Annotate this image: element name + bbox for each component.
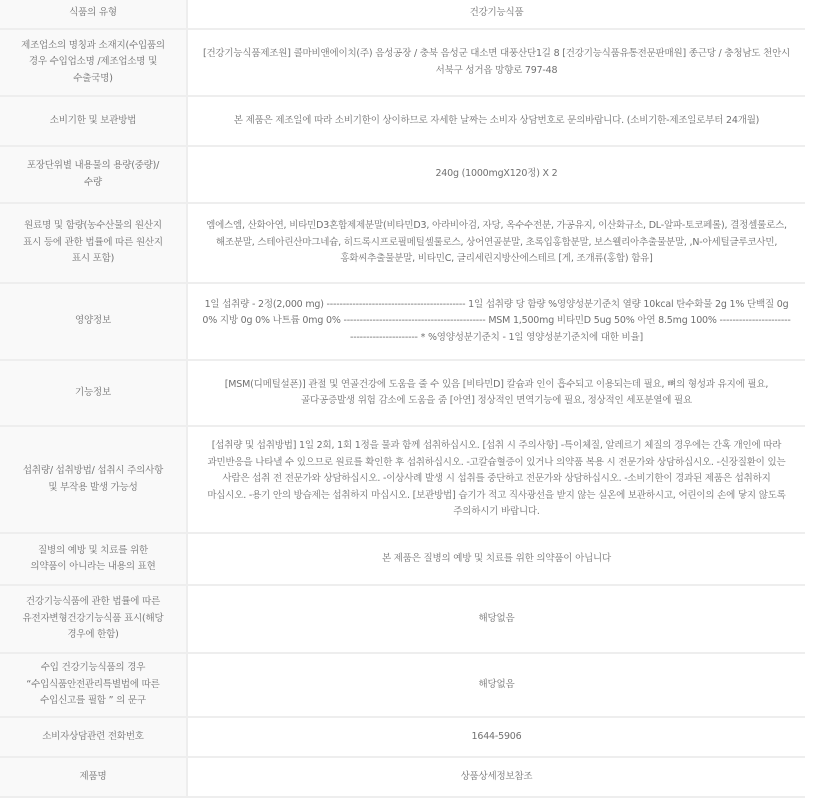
table-row-nutrition: 영양정보 1일 섭취량 - 2정(2,000 mg) -------------… [0, 283, 805, 360]
table-row-package-quantity: 포장단위별 내용물의 용량(중량)/수량 240g (1000mgX120정) … [0, 146, 805, 203]
row-label: 식품의 유형 [0, 0, 187, 29]
row-label: 기능정보 [0, 360, 187, 426]
table-row-expiry-storage: 소비기한 및 보관방법 본 제품은 제조일에 따라 소비기한이 상이하므로 자세… [0, 96, 805, 146]
table-row-function: 기능정보 [MSM(디메틸설폰)] 관절 및 연골건강에 도움을 줄 수 있음 … [0, 360, 805, 426]
table-row-product-name: 제품명 상품상세정보참조 [0, 757, 805, 796]
table-row-not-medicine: 질병의 예방 및 치료를 위한 의약품이 아니라는 내용의 표현 본 제품은 질… [0, 533, 805, 585]
row-label: 원료명 및 함량(농수산물의 원산지 표시 등에 관한 법률에 따른 원산지 표… [0, 203, 187, 283]
row-label: 소비자상담관련 전화번호 [0, 717, 187, 757]
row-label: 영양정보 [0, 283, 187, 360]
row-value: 건강기능식품 [187, 0, 805, 29]
row-label: 섭취량/ 섭취방법/ 섭취시 주의사항 및 부작용 발생 가능성 [0, 426, 187, 533]
row-value: 해당없음 [187, 585, 805, 653]
table-row-import-notice: 수입 건강기능식품의 경우 “수입식품안전관리특별법에 따른 수입신고를 필함 … [0, 653, 805, 717]
table-row-gmo: 건강기능식품에 관한 법률에 따른 유전자변형건강기능식품 표시(해당 경우에 … [0, 585, 805, 653]
row-value: 1644-5906 [187, 717, 805, 757]
row-value: [건강기능식품제조원] 콜마비앤에이치(주) 음성공장 / 충북 음성군 대소면… [187, 29, 805, 96]
row-value: 해당없음 [187, 653, 805, 717]
row-value: 본 제품은 질병의 예방 및 치료를 위한 의약품이 아닙니다 [187, 533, 805, 585]
row-label: 제품명 [0, 757, 187, 796]
row-value: [섭취량 및 섭취방법] 1일 2회, 1회 1정을 물과 함께 섭취하십시오.… [187, 426, 805, 533]
row-label: 포장단위별 내용물의 용량(중량)/수량 [0, 146, 187, 203]
table-row-consumer-phone: 소비자상담관련 전화번호 1644-5906 [0, 717, 805, 757]
row-label: 질병의 예방 및 치료를 위한 의약품이 아니라는 내용의 표현 [0, 533, 187, 585]
row-value: 본 제품은 제조일에 따라 소비기한이 상이하므로 자세한 날짜는 소비자 상담… [187, 96, 805, 146]
row-value: 1일 섭취량 - 2정(2,000 mg) ------------------… [187, 283, 805, 360]
product-info-table: 식품의 유형 건강기능식품 제조업소의 명칭과 소재지(수입품의 경우 수입업소… [0, 0, 805, 796]
table-row-ingredients: 원료명 및 함량(농수산물의 원산지 표시 등에 관한 법률에 따른 원산지 표… [0, 203, 805, 283]
row-value: 240g (1000mgX120정) X 2 [187, 146, 805, 203]
row-label: 건강기능식품에 관한 법률에 따른 유전자변형건강기능식품 표시(해당 경우에 … [0, 585, 187, 653]
table-row-manufacturer: 제조업소의 명칭과 소재지(수입품의 경우 수입업소명 /제조업소명 및 수출국… [0, 29, 805, 96]
row-value: 상품상세정보참조 [187, 757, 805, 796]
table-row-food-type: 식품의 유형 건강기능식품 [0, 0, 805, 29]
row-label: 제조업소의 명칭과 소재지(수입품의 경우 수입업소명 /제조업소명 및 수출국… [0, 29, 187, 96]
row-value: 엠에스엠, 산화아연, 비타민D3혼합제제분말(비타민D3, 아라비아검, 자당… [187, 203, 805, 283]
table-row-intake-caution: 섭취량/ 섭취방법/ 섭취시 주의사항 및 부작용 발생 가능성 [섭취량 및 … [0, 426, 805, 533]
product-info-table-body: 식품의 유형 건강기능식품 제조업소의 명칭과 소재지(수입품의 경우 수입업소… [0, 0, 805, 796]
row-value: [MSM(디메틸설폰)] 관절 및 연골건강에 도움을 줄 수 있음 [비타민D… [187, 360, 805, 426]
row-label: 소비기한 및 보관방법 [0, 96, 187, 146]
row-label: 수입 건강기능식품의 경우 “수입식품안전관리특별법에 따른 수입신고를 필함 … [0, 653, 187, 717]
